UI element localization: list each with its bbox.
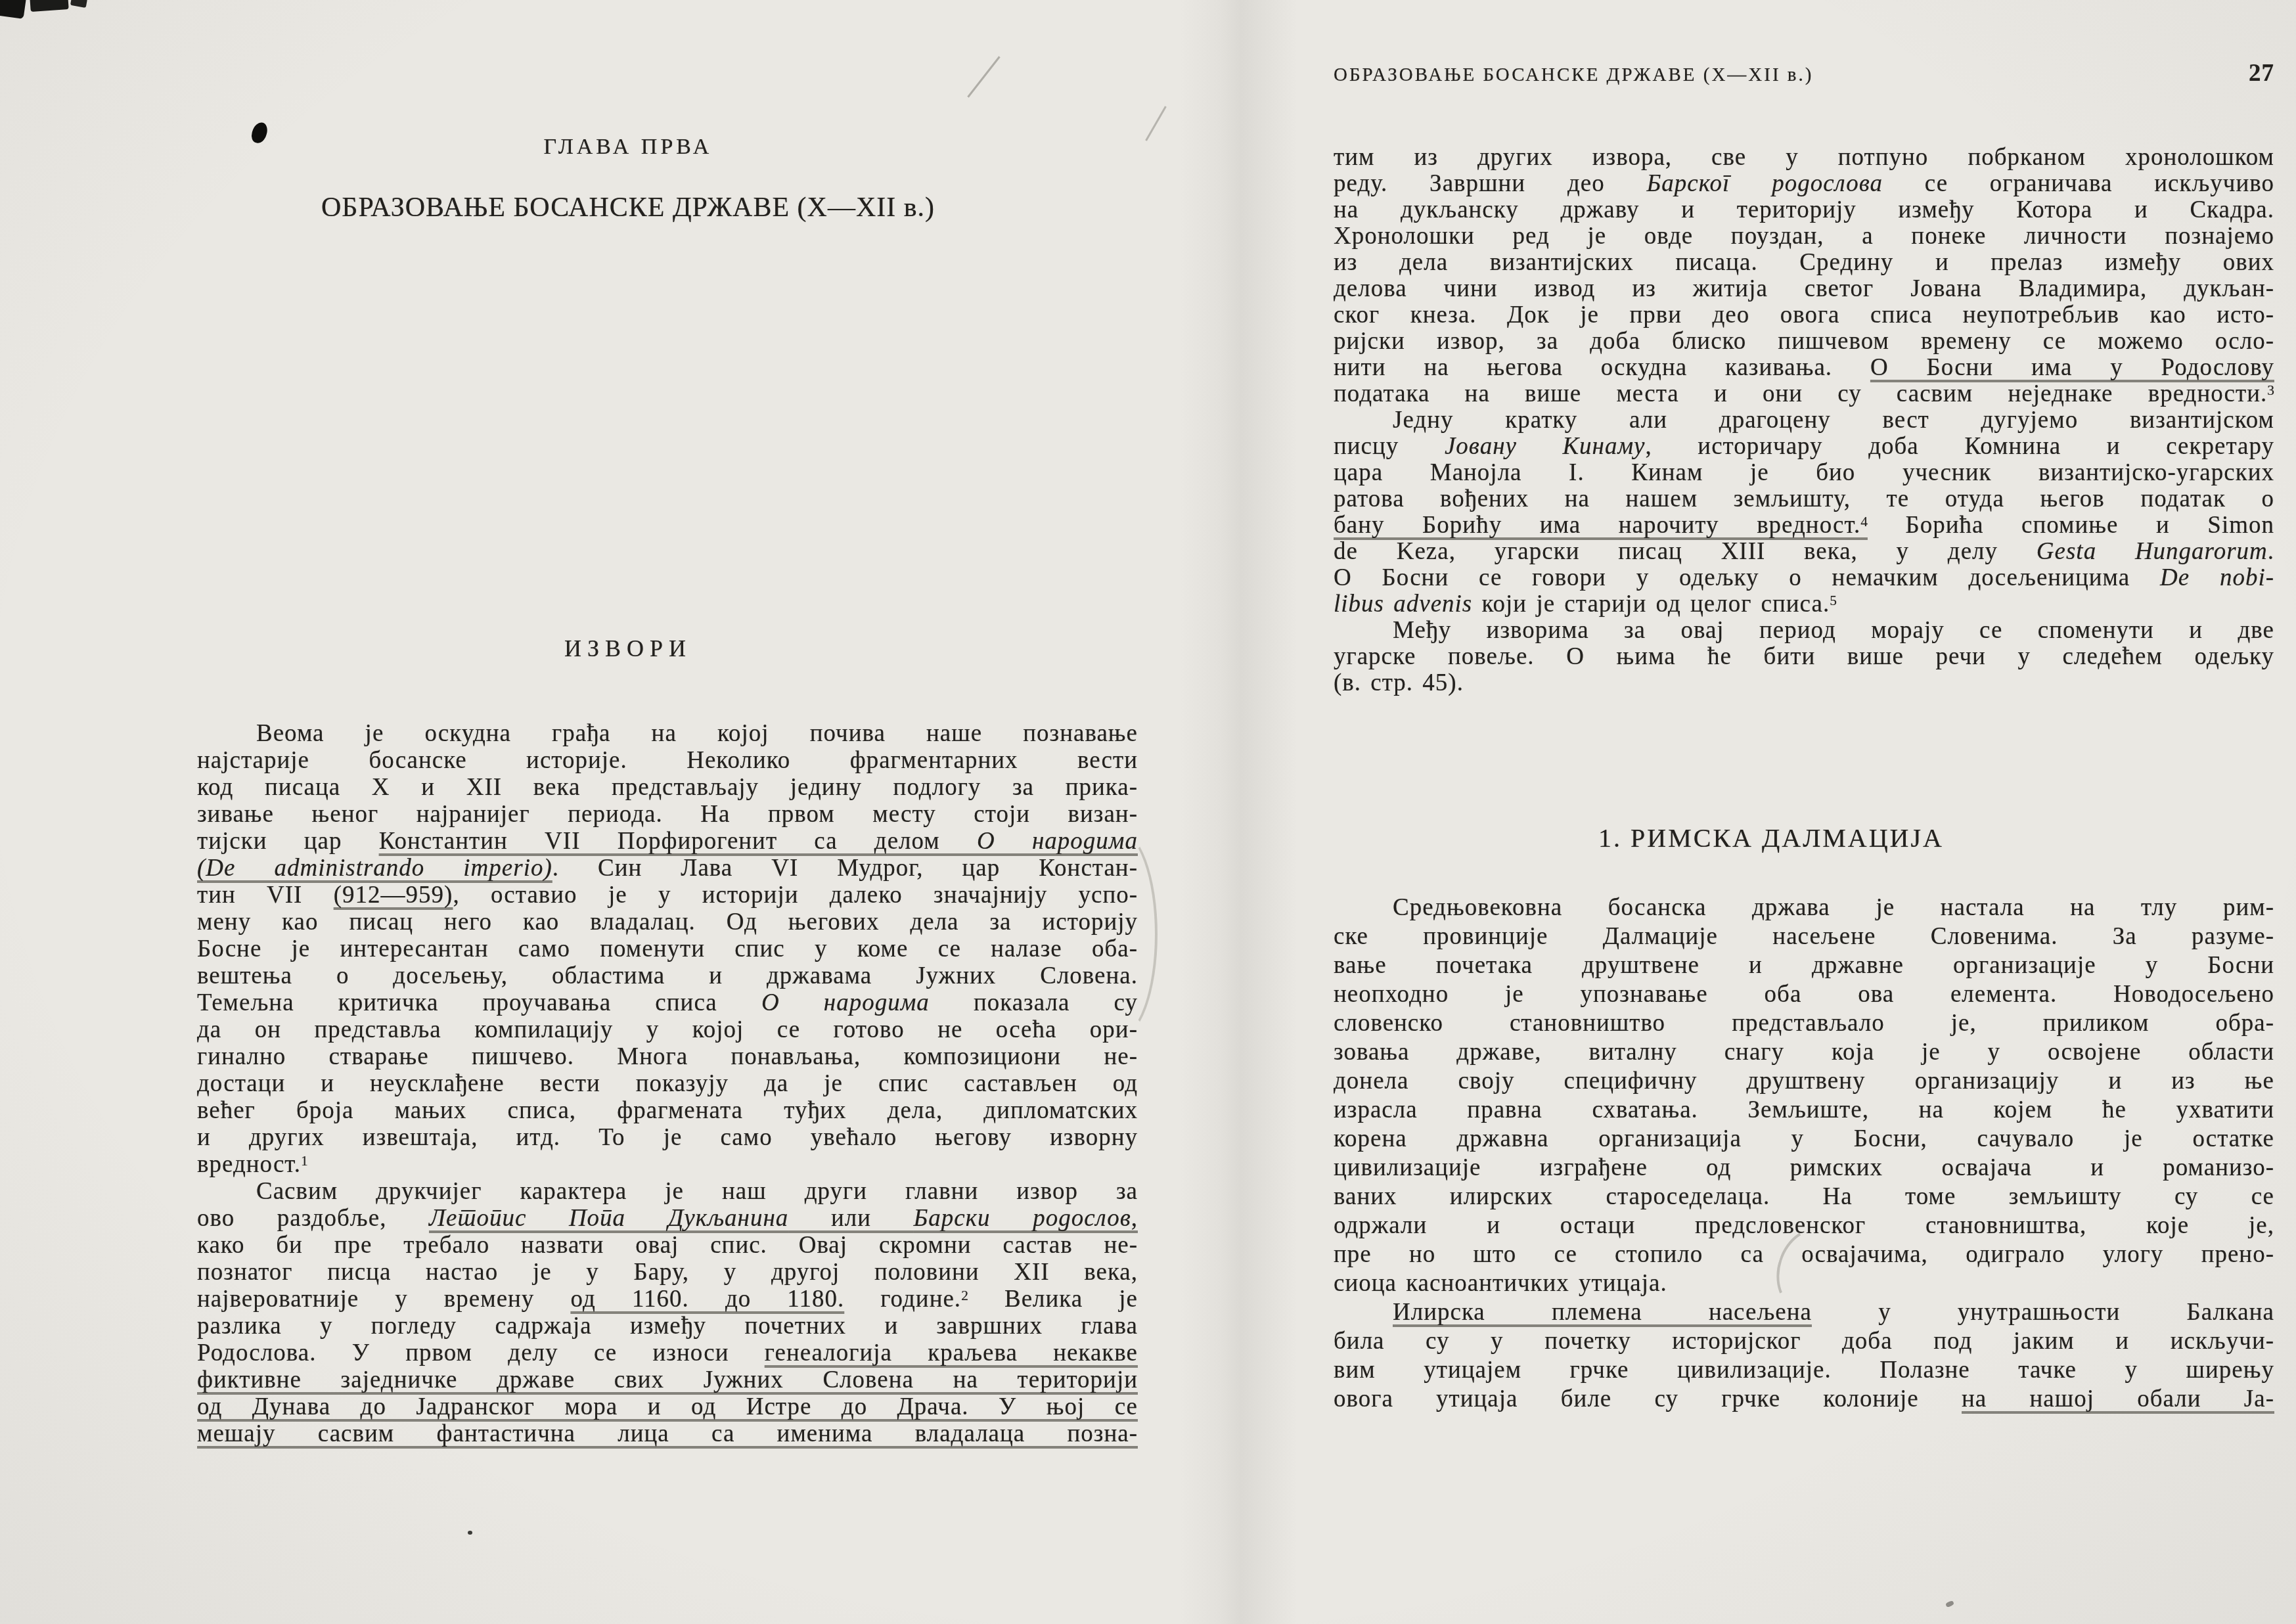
text-line: достаци и неусклађене вести показују да … [197,1070,1138,1097]
text-line: делова чини извод из житија светог Јован… [1334,276,2274,302]
text-line: пре но што се стопило са освајачима, оди… [1334,1240,2274,1269]
text-line: цивилизације изграђене од римских осваја… [1334,1154,2274,1183]
scan-corner-mark [30,0,68,12]
text-line: гинално стварање пишчево. Многа понављањ… [197,1043,1138,1070]
text-line: Босне је интересантан само поменути спис… [197,936,1138,962]
text-line: нити на његова оскудна казивања. О Босни… [1334,355,2274,381]
text-line: Темељна критичка проучавања списа О наро… [197,989,1138,1016]
text-line: овога утицаја биле су грчке колоније на … [1334,1385,2274,1414]
paragraph: Међу изворима за овај период морају се с… [1334,618,2274,696]
text-line: ратова вођених на нашем земљишту, те оту… [1334,486,2274,512]
text-line: писцу Јовану Кинаму, историчару доба Ком… [1334,434,2274,460]
text-line: података на више места и они су сасвим н… [1334,381,2274,407]
text-line: мешају сасвим фантастична лица са именим… [197,1420,1138,1447]
scan-corner-mark [0,0,26,19]
text-line: код писаца X и XII века представљају јед… [197,774,1138,801]
chapter-label: ГЛАВА ПРВА [197,135,1138,160]
text-line: неопходно је упознавање оба ова елемента… [1334,980,2274,1009]
text-line: да он представља компилацију у којој се … [197,1016,1138,1043]
paragraph: тим из других извора, све у потпуно побр… [1334,145,2274,407]
text-line: (в. стр. 45). [1334,670,2274,696]
scanned-book-spread: { "page": { "colors": { "paper": "#eae8e… [0,0,2296,1624]
text-line: одржали и остаци предсловенског становни… [1334,1211,2274,1240]
scan-corner-mark [70,0,87,8]
text-line: тин VII (912—959), оставио је у историји… [197,882,1138,909]
text-line: већег броја мањих списа, фрагмената туђи… [197,1097,1138,1124]
paragraph: Средњовековна босанска држава је настала… [1334,893,2274,1298]
text-line: libus advenis који је старији од целог с… [1334,591,2274,618]
text-line: најстарије босанске историје. Неколико ф… [197,747,1138,774]
paragraph: Илирска племена насељена у унутрашњости … [1334,1298,2274,1414]
paragraph: Једну кратку али драгоцену вест дугујемо… [1334,407,2274,618]
text-line: Илирска племена насељена у унутрашњости … [1334,1298,2274,1327]
pencil-tick [1145,106,1167,141]
text-line: и других извештаја, итд. То је само увећ… [197,1124,1138,1151]
right-page-body-top: тим из других извора, све у потпуно побр… [1334,145,2274,696]
text-line: реду. Завршни део Барског родослова се о… [1334,171,2274,197]
text-line: корена државна организација у Босни, сач… [1334,1125,2274,1154]
page-number: 27 [2249,59,2274,87]
text-line: (De administrando imperio). Син Лава VI … [197,855,1138,882]
right-page: ОБРАЗОВАЊЕ БОСАНСКЕ ДРЖАВЕ (X—XII в.) 27… [1334,0,2274,1624]
running-header: ОБРАЗОВАЊЕ БОСАНСКЕ ДРЖАВЕ (X—XII в.) 27 [1334,59,2274,87]
text-line: познатог писца настао је у Бару, у друго… [197,1259,1138,1286]
text-line: зивање њеног најранијег периода. На прво… [197,801,1138,828]
page-gutter-shadow [1179,0,1297,1624]
text-line: вим утицајем грчке цивилизације. Полазне… [1334,1356,2274,1385]
text-line: зовања државе, виталну снагу која је у о… [1334,1038,2274,1067]
text-line: Сасвим друкчијег карактера је наш други … [197,1178,1138,1205]
text-line: угарске повеље. О њима ће бити више речи… [1334,644,2274,670]
text-line: ваних илирских староседелаца. На томе зе… [1334,1183,2274,1211]
text-line: вање почетака друштвене и државне органи… [1334,951,2274,980]
text-line: сиоца касноантичких утицаја. [1334,1269,2274,1298]
text-line: од Дунава до Јадранског мора и од Истре … [197,1393,1138,1420]
text-line: ског кнеза. Док је први део овога списа … [1334,302,2274,328]
text-line: како би пре требало назвати овај спис. О… [197,1232,1138,1259]
text-line: бану Борићу има нарочиту вредност.4 Бори… [1334,512,2274,539]
text-line: мену као писац него као владалац. Од њег… [197,909,1138,936]
text-line: највероватније у времену од 1160. до 118… [197,1286,1138,1313]
text-line: из дела византијских писаца. Средину и п… [1334,250,2274,276]
text-line: тим из других извора, све у потпуно побр… [1334,145,2274,171]
text-line: ово раздобље, Летопис Попа Дукљанина или… [197,1205,1138,1232]
text-line: Хронолошки ред је овде поуздан, а понеке… [1334,223,2274,250]
section-heading-izvori: ИЗВОРИ [197,635,1138,662]
text-line: Веома је оскудна грађа на којој почива н… [197,720,1138,747]
text-line: Средњовековна босанска држава је настала… [1334,893,2274,922]
text-line: ријски извор, за доба блиско пишчевом вр… [1334,328,2274,355]
paragraph: Веома је оскудна грађа на којој почива н… [197,720,1138,1178]
chapter-title: ОБРАЗОВАЊЕ БОСАНСКЕ ДРЖАВЕ (X—XII в.) [197,192,1138,223]
left-page-body: Веома је оскудна грађа на којој почива н… [197,720,1138,1447]
text-line: донела своју специфичну друштвену органи… [1334,1067,2274,1096]
right-page-body-bottom: Средњовековна босанска држава је настала… [1334,893,2274,1414]
text-line: ске провинције Далмације насељене Словен… [1334,922,2274,951]
text-line: разлика у погледу садржаја између почетн… [197,1313,1138,1340]
left-page: ГЛАВА ПРВА ОБРАЗОВАЊЕ БОСАНСКЕ ДРЖАВЕ (X… [197,0,1138,1624]
running-header-title: ОБРАЗОВАЊЕ БОСАНСКЕ ДРЖАВЕ (X—XII в.) [1334,64,1813,86]
paragraph: Сасвим друкчијег карактера је наш други … [197,1178,1138,1447]
text-line: вештења о досељењу, областима и државама… [197,962,1138,989]
text-line: Међу изворима за овај период морају се с… [1334,618,2274,644]
text-line: Родослова. У првом делу се износи генеал… [197,1340,1138,1366]
text-line: била су у почетку историјског доба под ј… [1334,1327,2274,1356]
text-line: de Keza, угарски писац XIII века, у делу… [1334,539,2274,565]
text-line: О Босни се говори у одељку о немачким до… [1334,565,2274,591]
section-heading-rimska-dalmacija: 1. РИМСКА ДАЛМАЦИЈА [1334,823,2274,853]
text-line: израсла правна схватања. Земљиште, на ко… [1334,1096,2274,1125]
text-line: вредност.1 [197,1151,1138,1178]
text-line: цара Манојла I. Кинам је био учесник виз… [1334,460,2274,486]
text-line: фиктивне заједничке државе свих Јужних С… [197,1366,1138,1393]
text-line: словенско становништво представљало је, … [1334,1009,2274,1038]
text-line: тијски цар Константин VII Порфирогенит с… [197,828,1138,855]
text-line: на дукљанску државу и територију између … [1334,197,2274,223]
text-line: Једну кратку али драгоцену вест дугујемо… [1334,407,2274,434]
